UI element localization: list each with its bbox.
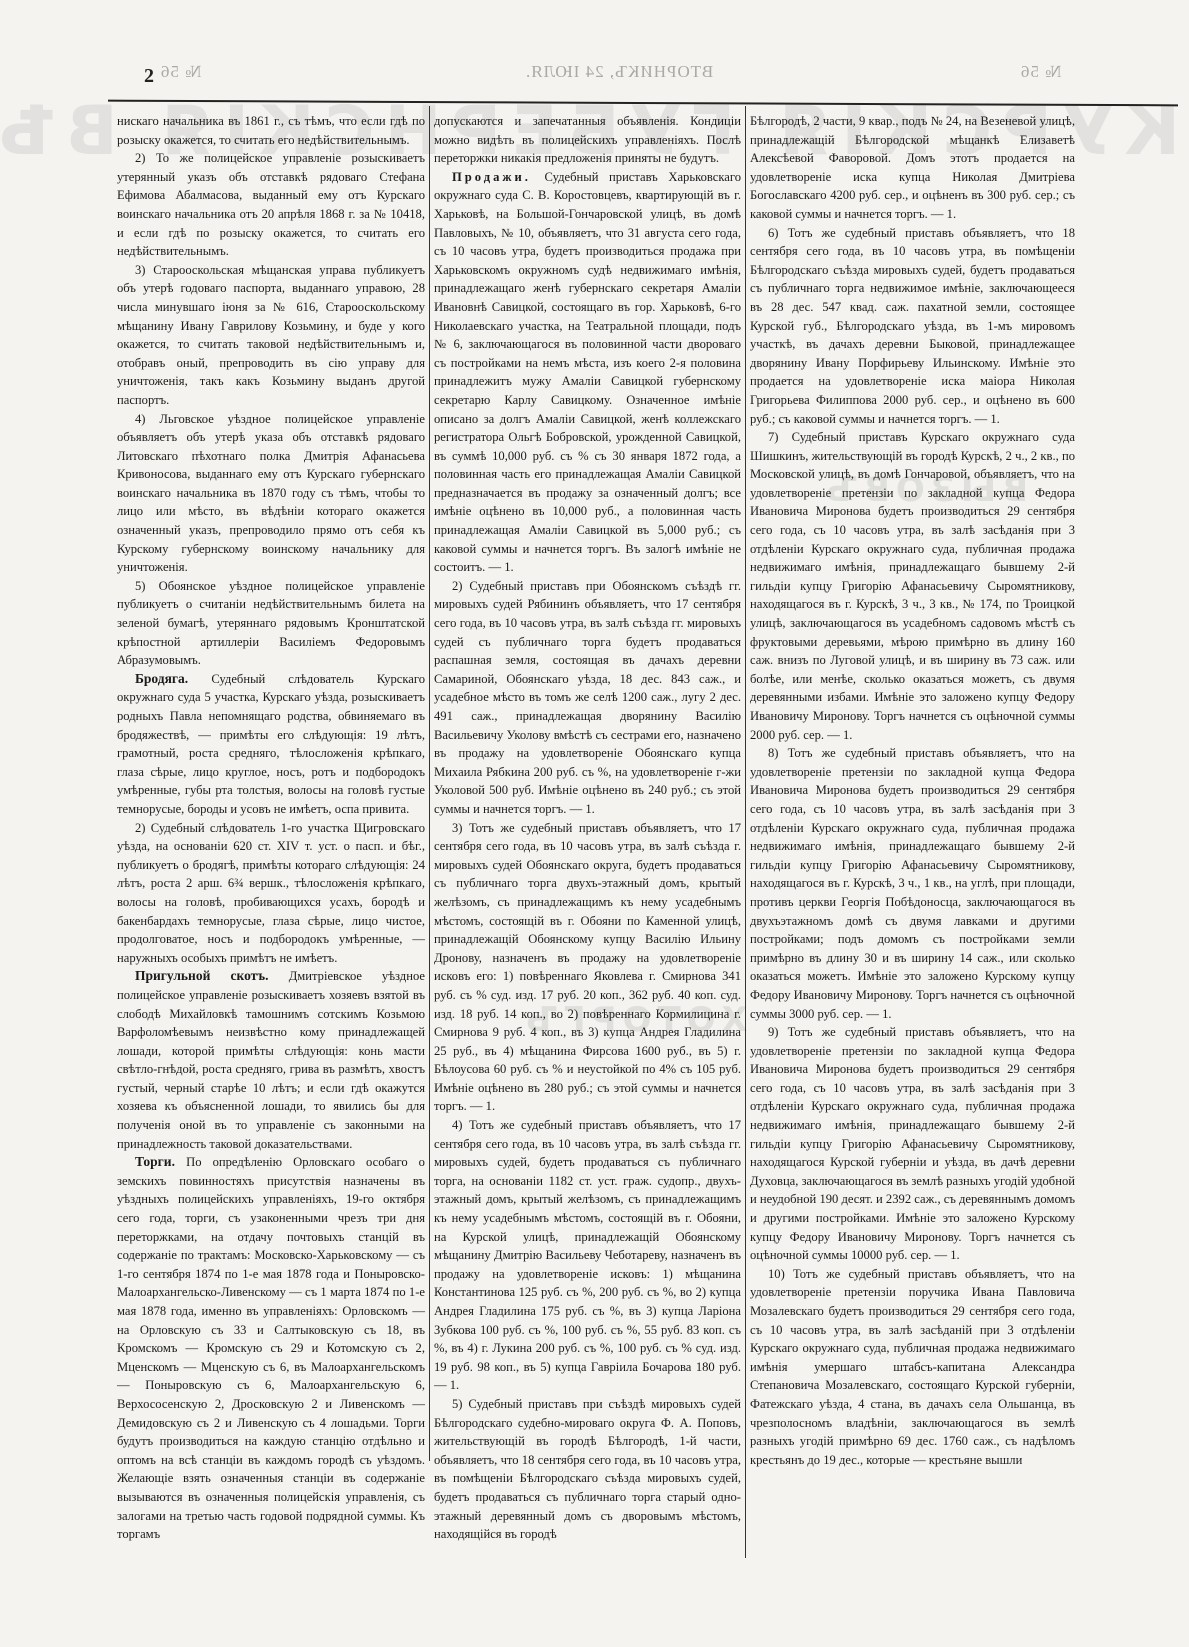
column-divider	[745, 106, 746, 1558]
column-divider	[429, 106, 430, 1461]
article-paragraph: 4) Льговское уѣздное полицейское управле…	[117, 410, 425, 577]
paragraph-text: 2) То же полицейское управленіе розыскив…	[117, 151, 425, 258]
bleed-through-header: № 56 ВТОРНИКЪ, 24 ІЮЛЯ. № 56	[0, 62, 1189, 92]
page-number: 2	[144, 65, 154, 88]
section-heading: Продажи.	[452, 170, 545, 184]
paragraph-text: Дмитріевское уѣздное полицейское управле…	[117, 969, 425, 1150]
article-paragraph: 2) То же полицейское управленіе розыскив…	[117, 149, 425, 261]
paragraph-text: 4) Льговское уѣздное полицейское управле…	[117, 412, 425, 575]
paragraph-text: 9) Тотъ же судебный приставъ объявляетъ,…	[750, 1025, 1075, 1262]
paragraph-text: 6) Тотъ же судебный приставъ объявляетъ,…	[750, 226, 1075, 426]
bleed-issue-left: № 56	[160, 62, 201, 82]
paragraph-text: 3) Тотъ же судебный приставъ объявляетъ,…	[434, 821, 741, 1114]
column-2: допускаются и запечатанныя объявленія. К…	[434, 112, 741, 1544]
section-heading: Бродяга.	[135, 671, 211, 686]
article-paragraph: Продажи. Судебный приставъ Харьковскаго …	[434, 168, 741, 577]
paragraph-text: 2) Судебный слѣдователь 1-го участка Щиг…	[117, 821, 425, 965]
paragraph-text: 7) Судебный приставъ Курскаго окружнаго …	[750, 430, 1075, 742]
article-paragraph: 7) Судебный приставъ Курскаго окружнаго …	[750, 428, 1075, 744]
column-3: Бѣлгородѣ, 2 части, 9 квар., подъ № 24, …	[750, 112, 1075, 1469]
article-paragraph: 4) Тотъ же судебный приставъ объявляетъ,…	[434, 1116, 741, 1395]
section-heading: Пригульной скотъ.	[135, 968, 289, 983]
article-paragraph: 8) Тотъ же судебный приставъ объявляетъ,…	[750, 744, 1075, 1023]
article-paragraph: нискаго начальника въ 1861 г., съ тѣмъ, …	[117, 112, 425, 149]
article-paragraph: допускаются и запечатанныя объявленія. К…	[434, 112, 741, 168]
paragraph-text: Судебный приставъ Харьковскаго окружнаго…	[434, 170, 741, 574]
paragraph-text: Бѣлгородѣ, 2 части, 9 квар., подъ № 24, …	[750, 114, 1075, 221]
article-paragraph: 2) Судебный приставъ при Обоянскомъ съѣз…	[434, 577, 741, 819]
article-paragraph: 5) Обоянское уѣздное полицейское управле…	[117, 577, 425, 670]
paragraph-text: 5) Судебный приставъ при съѣздѣ мировыхъ…	[434, 1397, 741, 1541]
article-paragraph: Торги. По опредѣленію Орловскаго особаго…	[117, 1153, 425, 1543]
article-paragraph: 10) Тотъ же судебный приставъ объявляетъ…	[750, 1265, 1075, 1470]
bleed-title: ВТОРНИКЪ, 24 ІЮЛЯ.	[525, 62, 713, 82]
paragraph-text: Судебный слѣдователь Курскаго окружнаго …	[117, 672, 425, 816]
section-heading: Торги.	[135, 1154, 186, 1169]
paragraph-text: 3) Старооскольская мѣщанская управа публ…	[117, 263, 425, 407]
article-paragraph: 5) Судебный приставъ при съѣздѣ мировыхъ…	[434, 1395, 741, 1544]
article-paragraph: 2) Судебный слѣдователь 1-го участка Щиг…	[117, 819, 425, 968]
paragraph-text: 8) Тотъ же судебный приставъ объявляетъ,…	[750, 746, 1075, 1020]
column-1: нискаго начальника въ 1861 г., съ тѣмъ, …	[117, 112, 425, 1544]
article-paragraph: 9) Тотъ же судебный приставъ объявляетъ,…	[750, 1023, 1075, 1265]
newspaper-page: КУРСКІЯ ГУБЕРНСКІЯ ВѢДОМОСТИ ХОТОРГЪ ВЫЗ…	[0, 0, 1189, 1647]
paragraph-text: допускаются и запечатанныя объявленія. К…	[434, 114, 741, 165]
article-paragraph: Бѣлгородѣ, 2 части, 9 квар., подъ № 24, …	[750, 112, 1075, 224]
paragraph-text: нискаго начальника въ 1861 г., съ тѣмъ, …	[117, 114, 425, 147]
paragraph-text: 2) Судебный приставъ при Обоянскомъ съѣз…	[434, 579, 741, 816]
paragraph-text: 10) Тотъ же судебный приставъ объявляетъ…	[750, 1267, 1075, 1467]
paragraph-text: 5) Обоянское уѣздное полицейское управле…	[117, 579, 425, 667]
article-paragraph: Пригульной скотъ. Дмитріевское уѣздное п…	[117, 967, 425, 1153]
article-paragraph: 3) Старооскольская мѣщанская управа публ…	[117, 261, 425, 410]
article-paragraph: 3) Тотъ же судебный приставъ объявляетъ,…	[434, 819, 741, 1117]
bleed-issue-right: № 56	[1020, 62, 1061, 82]
paragraph-text: По опредѣленію Орловскаго особаго о земс…	[117, 1155, 425, 1541]
paragraph-text: 4) Тотъ же судебный приставъ объявляетъ,…	[434, 1118, 741, 1392]
article-paragraph: Бродяга. Судебный слѣдователь Курскаго о…	[117, 670, 425, 819]
article-paragraph: 6) Тотъ же судебный приставъ объявляетъ,…	[750, 224, 1075, 429]
